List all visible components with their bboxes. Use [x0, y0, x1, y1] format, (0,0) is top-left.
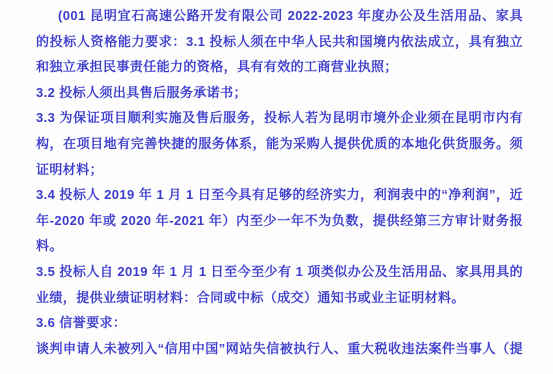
document-line: 证明材料；: [36, 157, 523, 183]
document-line: 和独立承担民事责任能力的资格，具有有效的工商营业执照；: [36, 54, 523, 80]
document-line: (001 昆明宜石高速公路开发有限公司 2022-2023 年度办公及生活用品、…: [36, 3, 523, 29]
document-line: 的投标人资格能力要求：3.1 投标人须在中华人民共和国境内依法成立，具有独立法人…: [36, 29, 523, 55]
document-line: 3.3 为保证项目顺利实施及售后服务，投标人若为昆明市境外企业须在昆明市内有常设…: [36, 105, 523, 131]
document-line: 谈判申请人未被列入“信用中国”网站失信被执行人、重大税收违法案件当事人（提供“信: [36, 336, 523, 362]
document-line: 业绩，提供业绩证明材料：合同或中标（成交）通知书或业主证明材料。: [36, 285, 523, 311]
document-line: 3.2 投标人须出具售后服务承诺书；: [36, 80, 523, 106]
document-line: 3.6 信誉要求：: [36, 310, 523, 336]
document-line: 3.5 投标人自 2019 年 1 月 1 日至今至少有 1 项类似办公及生活用…: [36, 259, 523, 285]
document-line: 年-2020 年或 2020 年-2021 年）内至少一年不为负数，提供经第三方…: [36, 208, 523, 234]
document-line: 料。: [36, 233, 523, 259]
document-line: 构，在项目地有完善快捷的服务体系，能为采购人提供优质的本地化供货服务。须提供相关: [36, 131, 523, 157]
document-page: (001 昆明宜石高速公路开发有限公司 2022-2023 年度办公及生活用品、…: [0, 0, 553, 374]
document-line: 3.4 投标人 2019 年 1 月 1 日至今具有足够的经济实力，利润表中的“…: [36, 182, 523, 208]
